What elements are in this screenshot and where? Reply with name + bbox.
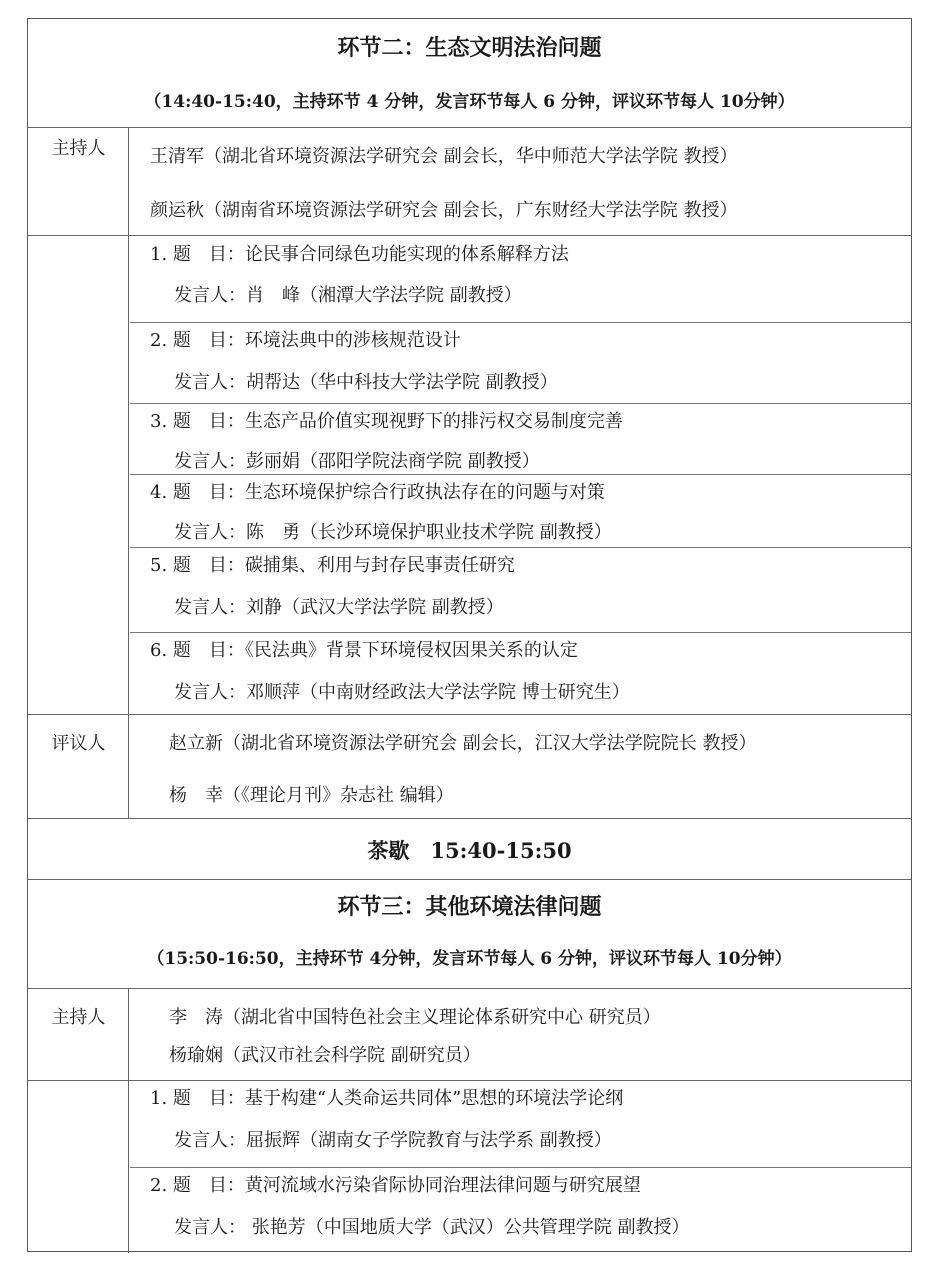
- host-entry: 李 涛（湖北省中国特色社会主义理论体系研究中心 研究员）: [169, 1003, 661, 1029]
- agenda-table: 环节二：生态文明法治问题 （14:40-15:40，主持环节 4 分钟，发言环节…: [27, 18, 912, 1252]
- talk-item: 1. 题 目：论民事合同绿色功能实现的体系解释方法 发言人：肖 峰（湘潭大学法学…: [130, 236, 911, 322]
- talk-topic: 2. 题 目：环境法典中的涉核规范设计: [150, 326, 461, 352]
- section3-title: 环节三：其他环境法律问题: [28, 890, 911, 921]
- section3-header: 环节三：其他环境法律问题 （15:50-16:50，主持环节 4分钟，发言环节每…: [28, 879, 911, 988]
- host-label: 主持人: [28, 134, 129, 160]
- talk-speaker: 发言人：胡帮达（华中科技大学法学院 副教授）: [174, 368, 558, 394]
- talk-item: 6. 题 目：《民法典》背景下环境侵权因果关系的认定 发言人：邓顺萍（中南财经政…: [130, 632, 911, 715]
- section2-hosts-row: 主持人 王清军（湖北省环境资源法学研究会 副会长，华中师范大学法学院 教授） 颜…: [28, 127, 911, 235]
- section3-subtitle: （15:50-16:50，主持环节 4分钟，发言环节每人 6 分钟，评议环节每人…: [28, 944, 911, 969]
- section3-talks-row: 1. 题 目：基于构建“人类命运共同体”思想的环境法学论纲 发言人：屈振辉（湖南…: [28, 1080, 911, 1253]
- talk-topic: 5. 题 目：碳捕集、利用与封存民事责任研究: [150, 551, 515, 577]
- talk-speaker: 发言人： 张艳芳（中国地质大学（武汉）公共管理学院 副教授）: [174, 1213, 689, 1239]
- talk-topic: 1. 题 目：基于构建“人类命运共同体”思想的环境法学论纲: [150, 1084, 623, 1110]
- host-entry: 颜运秋（湖南省环境资源法学研究会 副会长，广东财经大学法学院 教授）: [150, 196, 737, 222]
- section2-header: 环节二：生态文明法治问题 （14:40-15:40，主持环节 4 分钟，发言环节…: [28, 19, 911, 127]
- tea-break-row: 茶歇 15:40-15:50: [28, 818, 911, 879]
- host-label: 主持人: [28, 1003, 129, 1029]
- commentator-label: 评议人: [28, 729, 129, 755]
- talk-speaker: 发言人：刘静（武汉大学法学院 副教授）: [174, 593, 504, 619]
- talk-topic: 3. 题 目：生态产品价值实现视野下的排污权交易制度完善: [150, 407, 623, 433]
- talk-item: 5. 题 目：碳捕集、利用与封存民事责任研究 发言人：刘静（武汉大学法学院 副教…: [130, 547, 911, 632]
- label-column: [28, 236, 129, 714]
- talk-topic: 2. 题 目：黄河流域水污染省际协同治理法律问题与研究展望: [150, 1171, 641, 1197]
- section2-subtitle: （14:40-15:40，主持环节 4 分钟，发言环节每人 6 分钟，评议环节每…: [28, 87, 911, 112]
- talk-topic: 1. 题 目：论民事合同绿色功能实现的体系解释方法: [150, 240, 569, 266]
- tea-break-text: 茶歇 15:40-15:50: [28, 835, 911, 865]
- talk-topic: 4. 题 目：生态环境保护综合行政执法存在的问题与对策: [150, 478, 605, 504]
- talk-speaker: 发言人：陈 勇（长沙环境保护职业技术学院 副教授）: [174, 518, 612, 544]
- host-entry: 王清军（湖北省环境资源法学研究会 副会长，华中师范大学法学院 教授）: [150, 142, 737, 168]
- commentator-entry: 赵立新（湖北省环境资源法学研究会 副会长，江汉大学法学院院长 教授）: [169, 729, 756, 755]
- section2-commentators-row: 评议人 赵立新（湖北省环境资源法学研究会 副会长，江汉大学法学院院长 教授） 杨…: [28, 714, 911, 818]
- talk-speaker: 发言人：屈振辉（湖南女子学院教育与法学系 副教授）: [174, 1126, 612, 1152]
- talk-item: 4. 题 目：生态环境保护综合行政执法存在的问题与对策 发言人：陈 勇（长沙环境…: [130, 474, 911, 547]
- talk-topic: 6. 题 目：《民法典》背景下环境侵权因果关系的认定: [150, 636, 578, 662]
- commentator-entry: 杨 幸（《理论月刊》杂志社 编辑）: [169, 781, 454, 807]
- section2-talks-row: 1. 题 目：论民事合同绿色功能实现的体系解释方法 发言人：肖 峰（湘潭大学法学…: [28, 235, 911, 714]
- host-entry: 杨瑜娴（武汉市社会科学院 副研究员）: [169, 1041, 481, 1067]
- talk-speaker: 发言人：邓顺萍（中南财经政法大学法学院 博士研究生）: [174, 678, 630, 704]
- talk-item: 2. 题 目：环境法典中的涉核规范设计 发言人：胡帮达（华中科技大学法学院 副教…: [130, 322, 911, 403]
- talk-item: 1. 题 目：基于构建“人类命运共同体”思想的环境法学论纲 发言人：屈振辉（湖南…: [130, 1081, 911, 1167]
- talk-speaker: 发言人：彭丽娟（邵阳学院法商学院 副教授）: [174, 447, 540, 473]
- section3-hosts-row: 主持人 李 涛（湖北省中国特色社会主义理论体系研究中心 研究员） 杨瑜娴（武汉市…: [28, 988, 911, 1080]
- label-column: [28, 1081, 129, 1253]
- talk-item: 2. 题 目：黄河流域水污染省际协同治理法律问题与研究展望 发言人： 张艳芳（中…: [130, 1167, 911, 1254]
- talk-speaker: 发言人：肖 峰（湘潭大学法学院 副教授）: [174, 281, 522, 307]
- section2-title: 环节二：生态文明法治问题: [28, 31, 911, 62]
- talk-item: 3. 题 目：生态产品价值实现视野下的排污权交易制度完善 发言人：彭丽娟（邵阳学…: [130, 403, 911, 474]
